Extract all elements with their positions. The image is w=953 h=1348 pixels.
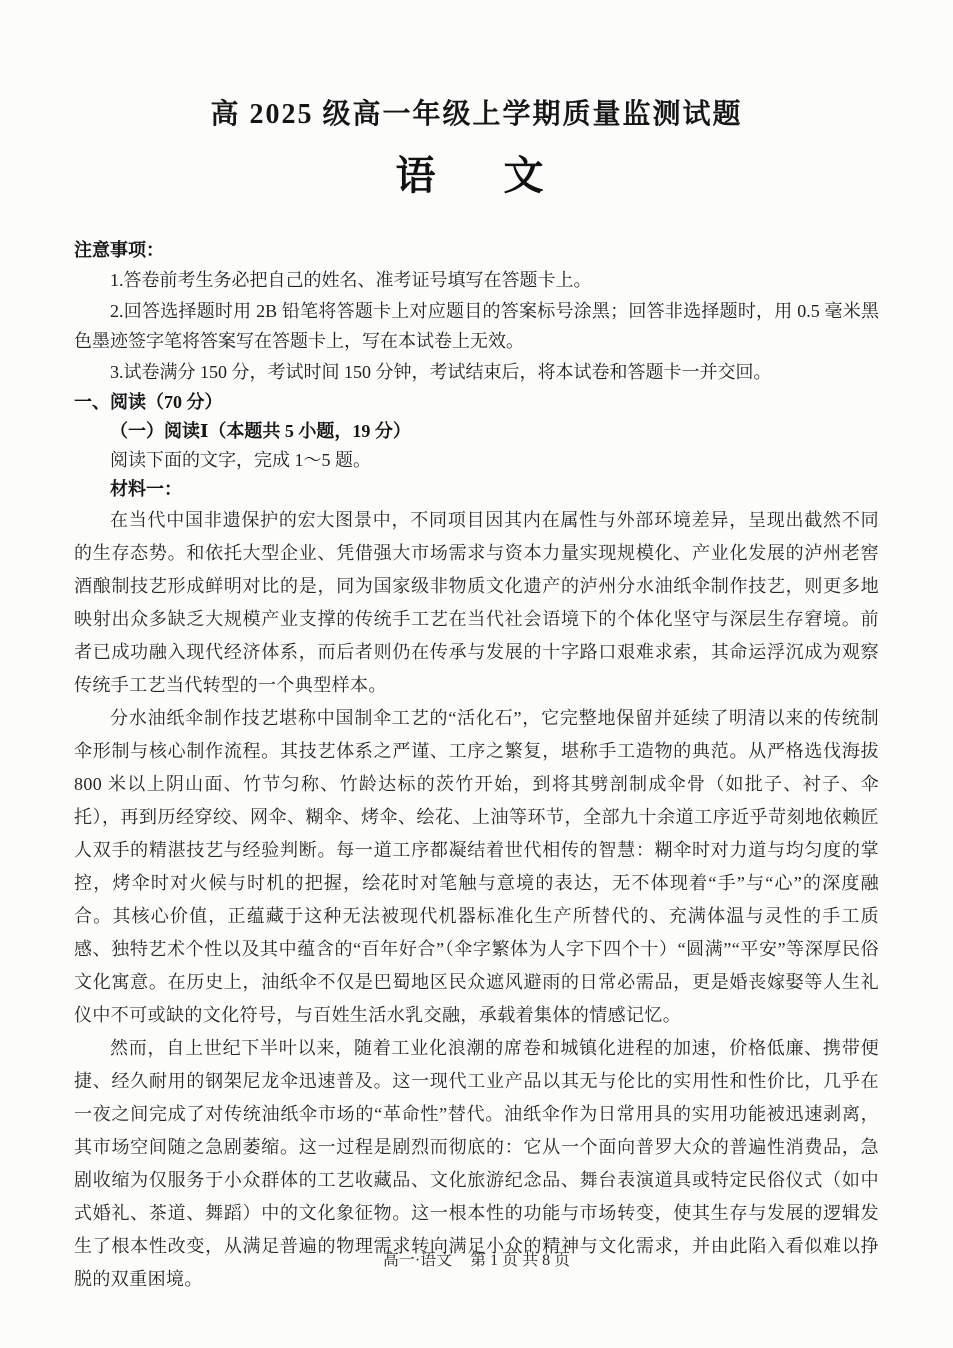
exam-paper-page: 高 2025 级高一年级上学期质量监测试题 语 文 注意事项： 1.答卷前考生务…: [0, 0, 953, 1348]
footer-course-label: 高一·语文: [383, 1252, 452, 1269]
notice-item-2: 2.回答选择题时用 2B 铅笔将答题卡上对应题目的答案标号涂黑；回答非选择题时，…: [74, 296, 879, 357]
subsection-heading-reading-1: （一）阅读Ⅰ（本题共 5 小题，19 分）: [74, 417, 879, 446]
notice-item-3: 3.试卷满分 150 分，考试时间 150 分钟，考试结束后，将本试卷和答题卡一…: [74, 357, 879, 388]
material-one-label: 材料一：: [74, 475, 879, 504]
exam-title: 高 2025 级高一年级上学期质量监测试题: [74, 92, 879, 132]
page-footer: 高一·语文第 1 页 共 8 页: [0, 1247, 953, 1270]
footer-page-number: 第 1 页 共 8 页: [470, 1252, 570, 1269]
notice-item-1: 1.答卷前考生务必把自己的姓名、准考证号填写在答题卡上。: [74, 265, 879, 296]
notice-heading: 注意事项：: [74, 235, 879, 265]
material-paragraph-1: 在当代中国非遗保护的宏大图景中，不同项目因其内在属性与外部环境差异，呈现出截然不…: [74, 504, 879, 702]
material-paragraph-2: 分水油纸伞制作技艺堪称中国制伞工艺的“活化石”，它完整地保留并延续了明清以来的传…: [74, 702, 879, 1032]
section-heading-reading: 一、阅读（70 分）: [74, 387, 879, 417]
subject-title: 语 文: [74, 144, 879, 201]
reading-instruction: 阅读下面的文字，完成 1～5 题。: [74, 446, 879, 475]
page-content: 高 2025 级高一年级上学期质量监测试题 语 文 注意事项： 1.答卷前考生务…: [0, 0, 953, 1296]
